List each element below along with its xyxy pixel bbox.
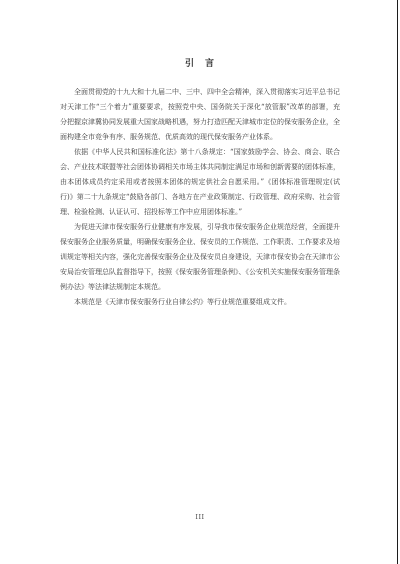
intro-paragraph: 全面贯彻党的十九大和十九届二中、三中、四中全会精神，深入贯彻落实习近平总书记对天… (60, 85, 340, 145)
page-title: 引 言 (60, 56, 340, 69)
intro-paragraph: 为促进天津市保安服务行业健康有序发展，引导我市保安服务企业规范经营，全面提升保安… (60, 220, 340, 295)
document-page: 引 言 全面贯彻党的十九大和十九届二中、三中、四中全会精神，深入贯彻落实习近平总… (0, 0, 400, 564)
intro-paragraph: 本规范是《天津市保安服务行业自律公约》等行业规范重要组成文件。 (60, 295, 340, 310)
page-number: III (0, 513, 400, 521)
scan-edge-line (397, 0, 399, 564)
intro-text-block: 全面贯彻党的十九大和十九届二中、三中、四中全会精神，深入贯彻落实习近平总书记对天… (60, 85, 340, 310)
intro-paragraph: 依据《中华人民共和国标准化法》第十八条规定：“国家鼓励学会、协会、商会、联合会、… (60, 145, 340, 220)
